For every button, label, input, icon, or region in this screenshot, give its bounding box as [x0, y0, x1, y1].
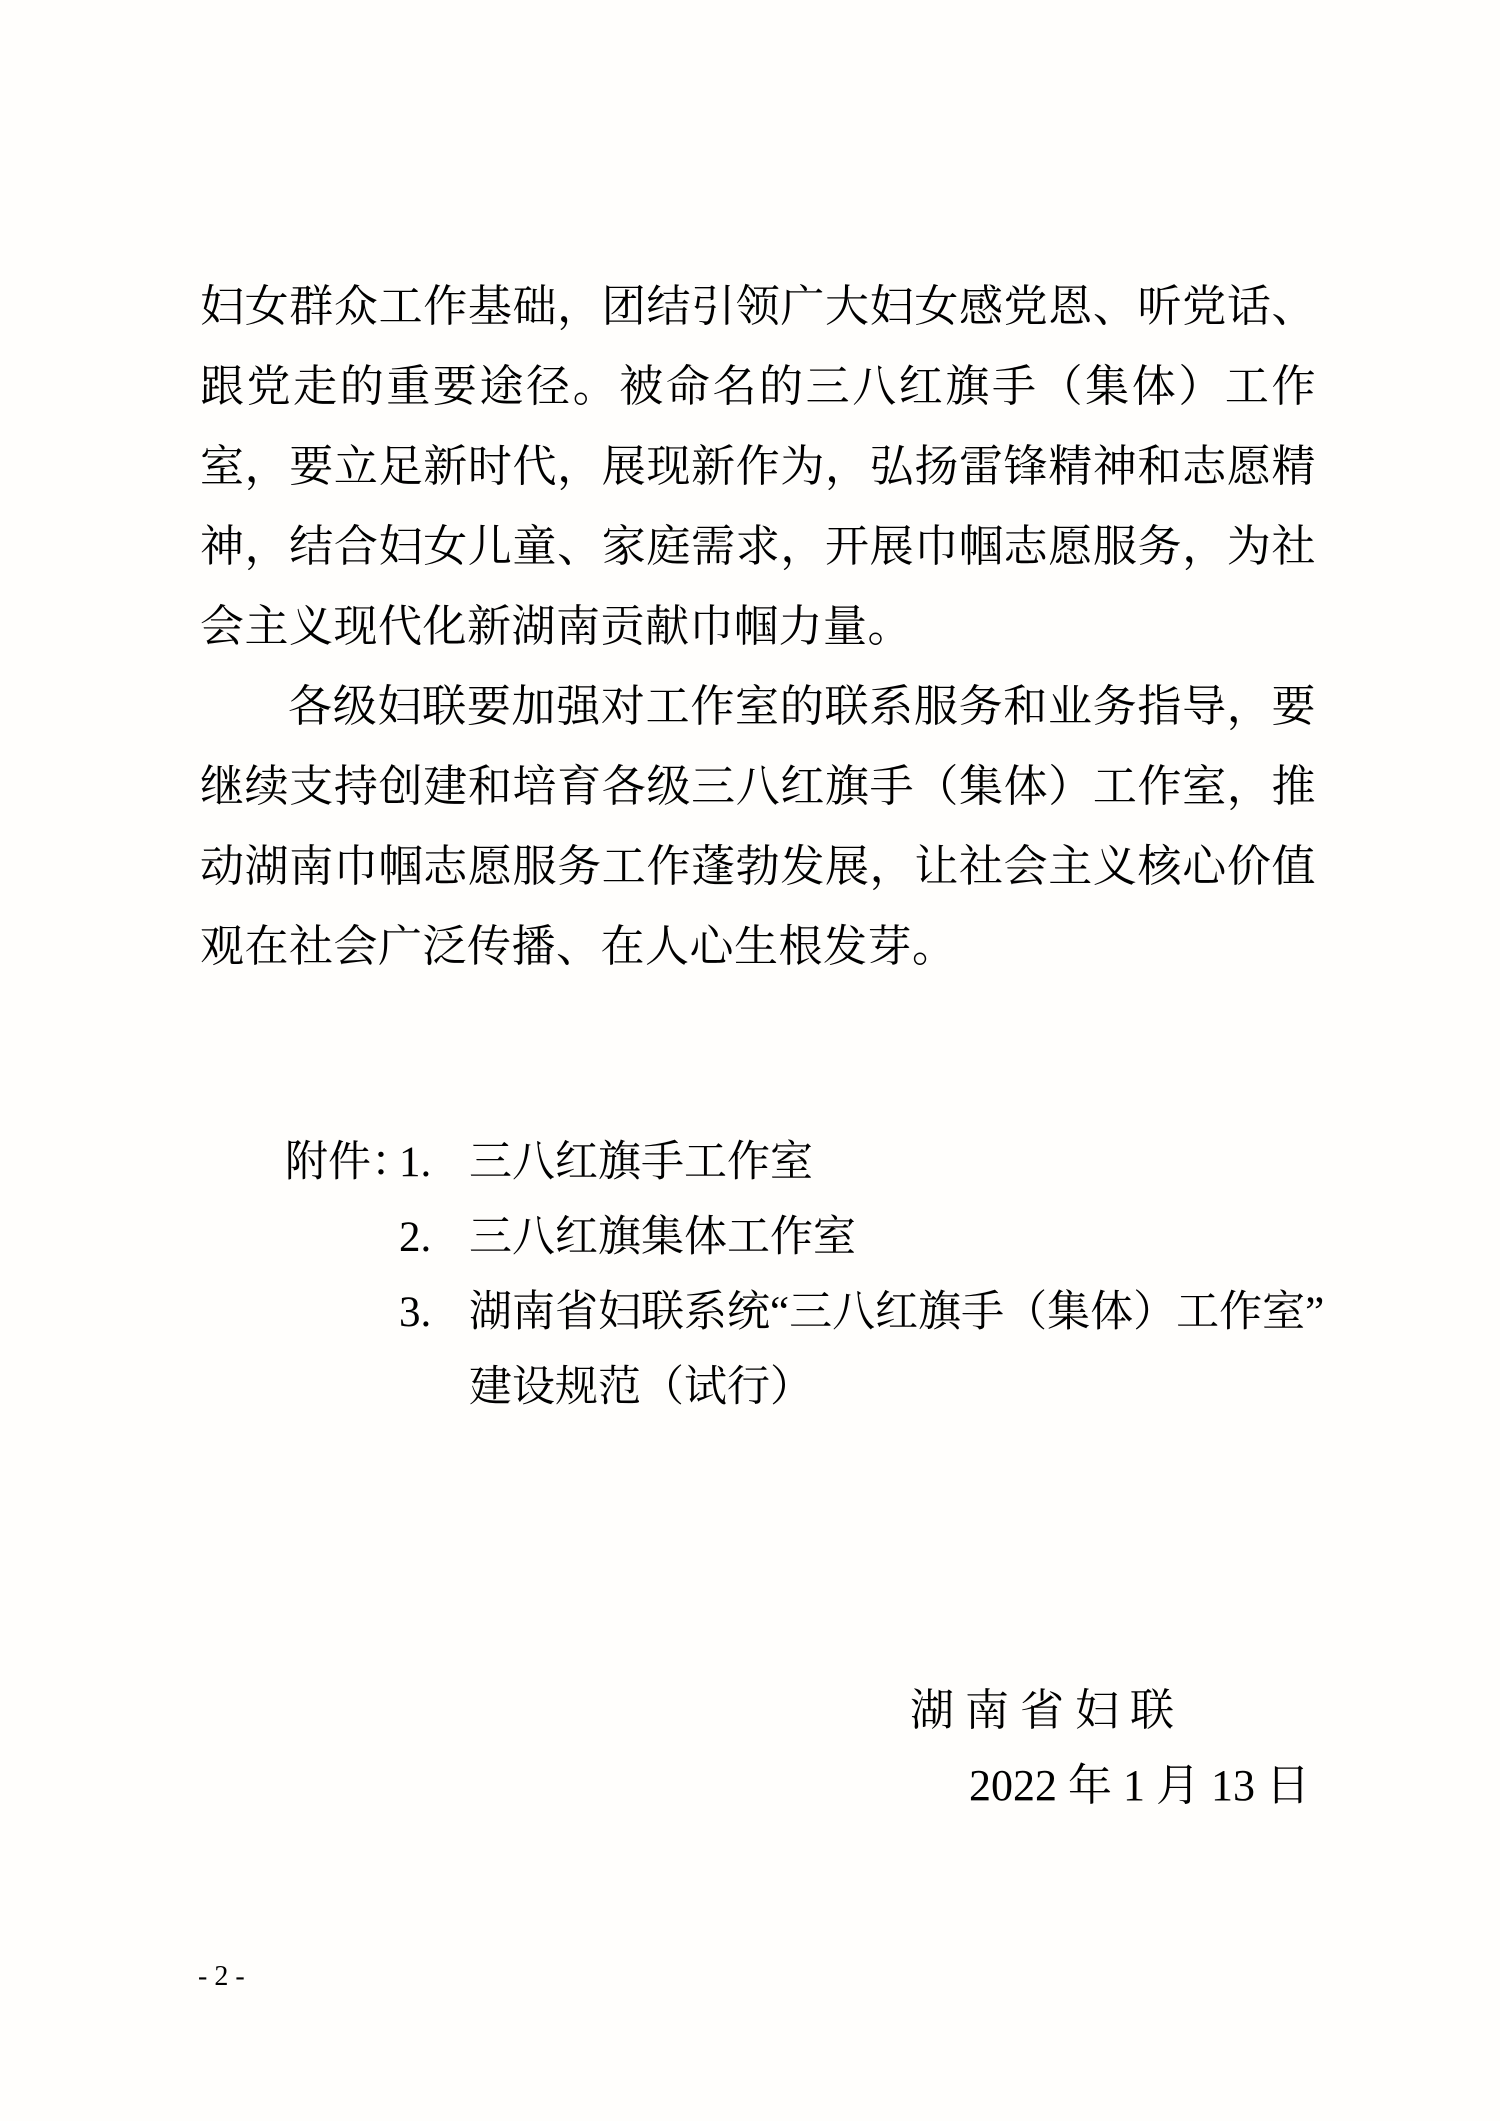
paragraph-guidance: 各级妇联要加强对工作室的联系服务和业务指导，要继续支持创建和培育各级三八红旗手（…: [200, 667, 1316, 987]
attachments-label: 附件：: [285, 1125, 399, 1200]
attachments-list: 1. 三八红旗手工作室 2. 三八红旗集体工作室 3. 湖南省妇联系统“三八红旗…: [399, 1125, 1324, 1425]
attachment-item-2: 2. 三八红旗集体工作室: [399, 1200, 1324, 1275]
attachment-number: 3.: [399, 1275, 469, 1350]
signature-date: 2022 年 1 月 13 日: [969, 1748, 1310, 1823]
attachments-block: 附件： 1. 三八红旗手工作室 2. 三八红旗集体工作室 3. 湖南省妇联系统“…: [285, 1125, 1324, 1425]
page-number: - 2 -: [198, 1960, 245, 1994]
attachment-item-3: 3. 湖南省妇联系统“三八红旗手（集体）工作室” 建设规范（试行）: [399, 1275, 1324, 1425]
document-page: 妇女群众工作基础，团结引领广大妇女感党恩、听党话、跟党走的重要途径。被命名的三八…: [0, 0, 1500, 2121]
paragraph-continuation: 妇女群众工作基础，团结引领广大妇女感党恩、听党话、跟党走的重要途径。被命名的三八…: [200, 267, 1316, 667]
body-text-block: 妇女群众工作基础，团结引领广大妇女感党恩、听党话、跟党走的重要途径。被命名的三八…: [200, 267, 1316, 987]
attachment-title: 三八红旗集体工作室: [469, 1200, 856, 1275]
attachment-number: 1.: [399, 1125, 469, 1200]
signature-organization: 湖 南 省 妇 联: [910, 1673, 1174, 1748]
attachment-title: 三八红旗手工作室: [469, 1125, 813, 1200]
attachment-item-1: 1. 三八红旗手工作室: [399, 1125, 1324, 1200]
attachment-title: 湖南省妇联系统“三八红旗手（集体）工作室” 建设规范（试行）: [469, 1275, 1324, 1425]
attachment-number: 2.: [399, 1200, 469, 1275]
